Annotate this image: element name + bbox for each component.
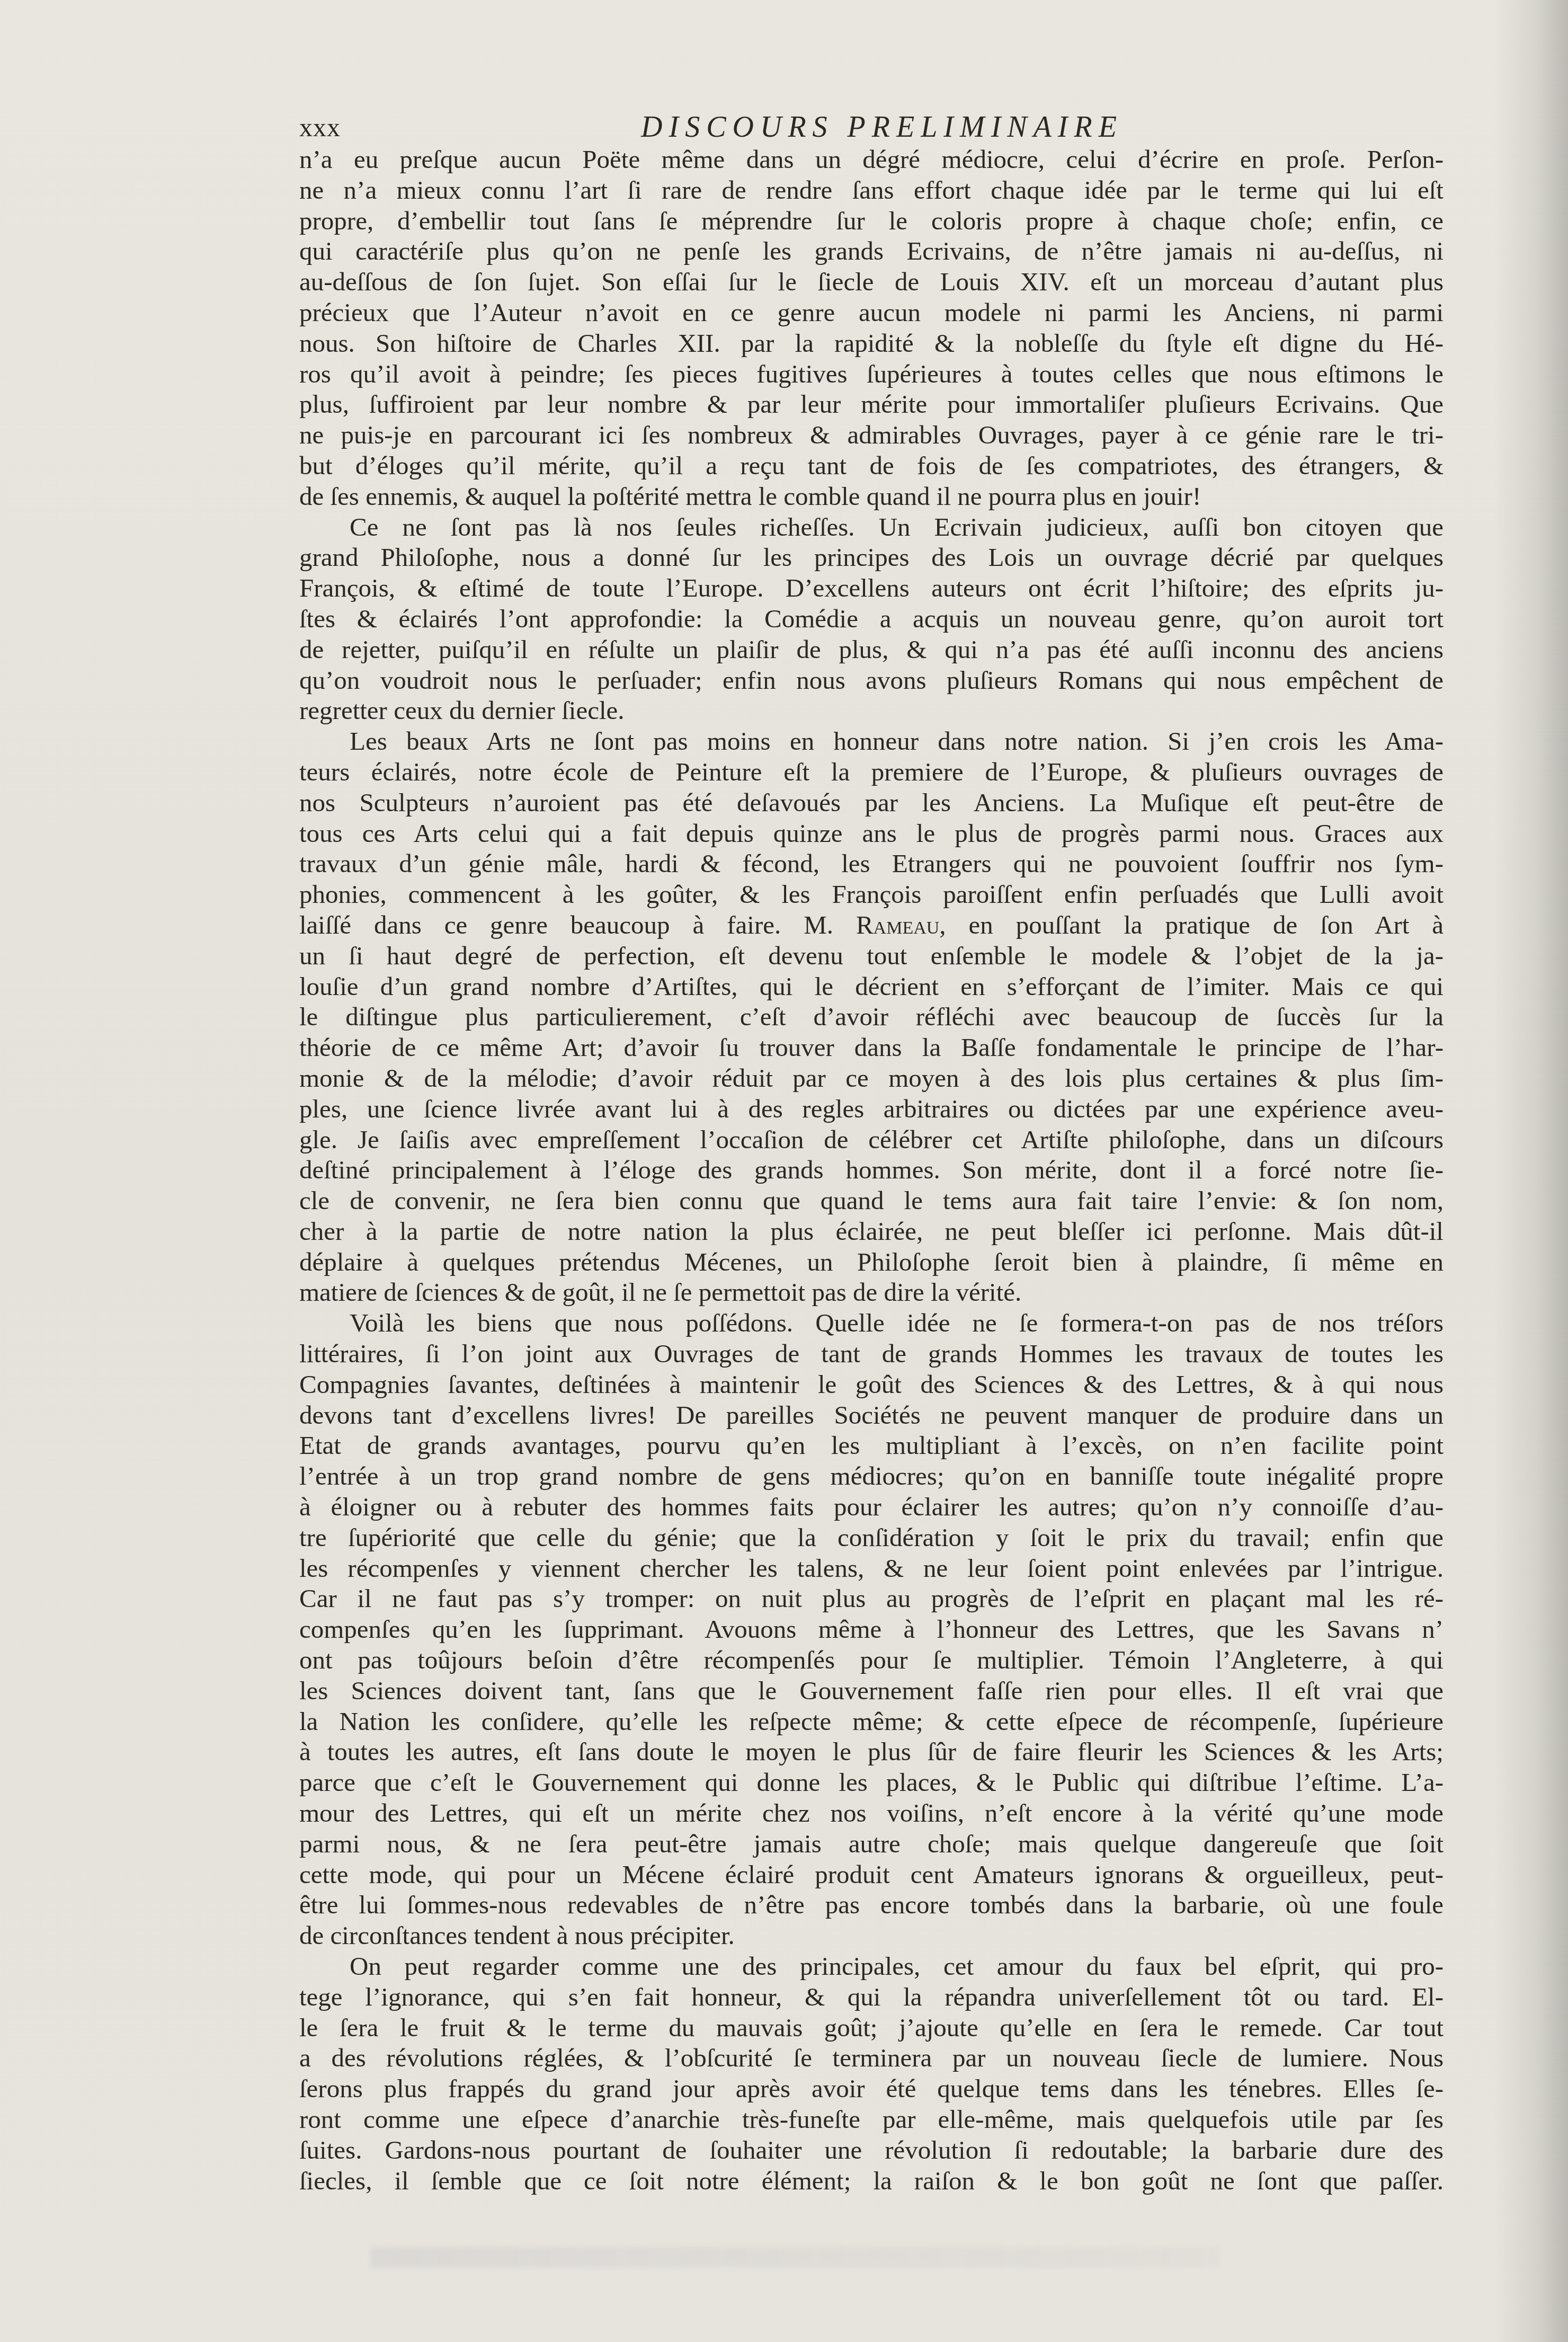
text-line: nos Sculpteurs n’auroient pas été deſavo… bbox=[299, 787, 1444, 818]
paragraph-first-line: Les beaux Arts ne ſont pas moins en honn… bbox=[299, 726, 1444, 757]
text-line: un ſi haut degré de perfection, eſt deve… bbox=[299, 941, 1444, 971]
text-line: l’entrée à un trop grand nombre de gens … bbox=[299, 1461, 1444, 1492]
paragraph-first-line: On peut regarder comme une des principal… bbox=[299, 1951, 1444, 1982]
text-line: cette mode, qui pour un Mécene éclairé p… bbox=[299, 1859, 1444, 1890]
scanned-page: xxx DISCOURS PRELIMINAIRE n’a eu preſque… bbox=[0, 0, 1568, 2342]
text-line: nous. Son hiſtoire de Charles XII. par l… bbox=[299, 328, 1444, 359]
text-line: déplaire à quelques prétendus Mécenes, u… bbox=[299, 1247, 1444, 1278]
text-line: au-deſſous de ſon ſujet. Son eſſai ſur l… bbox=[299, 267, 1444, 297]
text-line: ſiecles, il ſemble que ce ſoit notre élé… bbox=[299, 2166, 1444, 2196]
text-line: de ſes ennemis, & auquel la poſtérité me… bbox=[299, 481, 1444, 512]
text-line: parmi nous, & ne ſera peut-être jamais a… bbox=[299, 1829, 1444, 1859]
text-line: ros qu’il avoit à peindre; ſes pieces fu… bbox=[299, 359, 1444, 389]
text-line: tege l’ignorance, qui s’en fait honneur,… bbox=[299, 1982, 1444, 2012]
text-line: ne puis-je en parcourant ici ſes nombreu… bbox=[299, 420, 1444, 450]
text-line: tous ces Arts celui qui a fait depuis qu… bbox=[299, 818, 1444, 849]
text-line: monie & de la mélodie; d’avoir réduit pa… bbox=[299, 1063, 1444, 1094]
show-through-ink bbox=[371, 2247, 1218, 2268]
text-line: propre, d’embellir tout ſans ſe méprendr… bbox=[299, 206, 1444, 236]
text-line: ne n’a mieux connu l’art ſi rare de rend… bbox=[299, 175, 1444, 206]
text-line: grand Philoſophe, nous a donné ſur les p… bbox=[299, 542, 1444, 573]
text-line: tre ſupériorité que celle du génie; que … bbox=[299, 1522, 1444, 1553]
text-line: littéraires, ſi l’on joint aux Ouvrages … bbox=[299, 1338, 1444, 1369]
text-line: phonies, commencent à les goûter, & les … bbox=[299, 879, 1444, 910]
text-line: les récompenſes y viennent chercher les … bbox=[299, 1553, 1444, 1584]
text-line: Compagnies ſavantes, deſtinées à mainten… bbox=[299, 1369, 1444, 1400]
paragraph-first-line: Voilà les biens que nous poſſédons. Quel… bbox=[299, 1308, 1444, 1338]
text-line: teurs éclairés, notre école de Peinture … bbox=[299, 757, 1444, 787]
text-line: précieux que l’Auteur n’avoit en ce genr… bbox=[299, 297, 1444, 328]
text-line: ſtes & éclairés l’ont approfondie: la Co… bbox=[299, 604, 1444, 634]
text-line: à éloigner ou à rebuter des hommes faits… bbox=[299, 1492, 1444, 1522]
text-line: François, & eſtimé de toute l’Europe. D’… bbox=[299, 573, 1444, 604]
text-line: mour des Lettres, qui eſt un mérite chez… bbox=[299, 1798, 1444, 1829]
text-line: n’a eu preſque aucun Poëte même dans un … bbox=[299, 144, 1444, 175]
text-line: la Nation les conſidere, qu’elle les reſ… bbox=[299, 1706, 1444, 1737]
text-line: travaux d’un génie mâle, hardi & fécond,… bbox=[299, 848, 1444, 879]
text-line: de circonſtances tendent à nous précipit… bbox=[299, 1920, 1444, 1951]
text-line: ront comme une eſpece d’anarchie très-fu… bbox=[299, 2104, 1444, 2135]
text-line: qui caractériſe plus qu’on ne penſe les … bbox=[299, 236, 1444, 267]
text-line: deſtiné principalement à l’éloge des gra… bbox=[299, 1155, 1444, 1185]
text-line: les Sciences doivent tant, ſans que le G… bbox=[299, 1675, 1444, 1706]
text-line: cle de convenir, ne ſera bien connu que … bbox=[299, 1185, 1444, 1216]
text-line: a des révolutions réglées, & l’obſcurité… bbox=[299, 2043, 1444, 2073]
text-line: matiere de ſciences & de goût, il ne ſe … bbox=[299, 1277, 1444, 1308]
text-line: compenſes qu’en les ſupprimant. Avouons … bbox=[299, 1614, 1444, 1645]
text-line: plus, ſuffiroient par leur nombre & par … bbox=[299, 389, 1444, 420]
text-line: regretter ceux du dernier ſiecle. bbox=[299, 695, 1444, 726]
text-line: laiſſé dans ce genre beaucoup à faire. M… bbox=[299, 910, 1444, 941]
text-line: ples, une ſcience livrée avant lui à des… bbox=[299, 1094, 1444, 1124]
text-line: être lui ſommes-nous redevables de n’êtr… bbox=[299, 1889, 1444, 1920]
small-caps-name: Rameau bbox=[856, 910, 939, 939]
text-line: le ſera le fruit & le terme du mauvais g… bbox=[299, 2012, 1444, 2043]
text-line: but d’éloges qu’il mérite, qu’il a reçu … bbox=[299, 450, 1444, 481]
text-line: de rejetter, puiſqu’il en réſulte un pla… bbox=[299, 634, 1444, 665]
text-line: devons tant d’excellens livres! De parei… bbox=[299, 1400, 1444, 1431]
text-line: louſie d’un grand nombre d’Artiſtes, qui… bbox=[299, 971, 1444, 1002]
body-text: n’a eu preſque aucun Poëte même dans un … bbox=[299, 144, 1444, 2196]
text-line: ſerons plus frappés du grand jour après … bbox=[299, 2073, 1444, 2104]
text-line: Car il ne faut pas s’y tromper: on nuit … bbox=[299, 1583, 1444, 1614]
text-line: cher à la partie de notre nation la plus… bbox=[299, 1216, 1444, 1247]
running-head-title: DISCOURS PRELIMINAIRE bbox=[299, 111, 1444, 143]
paragraph-first-line: Ce ne ſont pas là nos ſeules richeſſes. … bbox=[299, 512, 1444, 543]
text-line: ont pas toûjours beſoin d’être récompenſ… bbox=[299, 1645, 1444, 1675]
text-line: théorie de ce même Art; d’avoir ſu trouv… bbox=[299, 1032, 1444, 1063]
text-line: le diſtingue plus particulierement, c’eſ… bbox=[299, 1001, 1444, 1032]
running-head: xxx DISCOURS PRELIMINAIRE bbox=[299, 111, 1444, 143]
text-line: ſuites. Gardons-nous pourtant de ſouhait… bbox=[299, 2135, 1444, 2166]
text-line: à toutes les autres, eſt ſans doute le m… bbox=[299, 1736, 1444, 1767]
text-line: qu’on voudroit nous le perſuader; enfin … bbox=[299, 665, 1444, 696]
text-line: Etat de grands avantages, pourvu qu’en l… bbox=[299, 1430, 1444, 1461]
text-line: gle. Je ſaiſis avec empreſſement l’occaſ… bbox=[299, 1124, 1444, 1155]
text-line: parce que c’eſt le Gouvernement qui donn… bbox=[299, 1767, 1444, 1798]
